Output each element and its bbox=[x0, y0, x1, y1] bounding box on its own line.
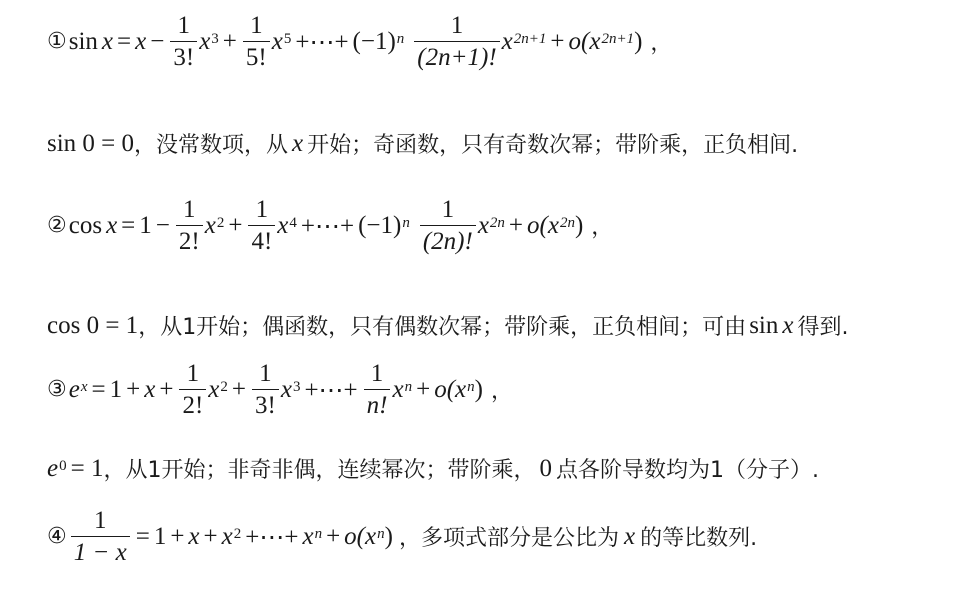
ellipsis: +⋯+ bbox=[295, 27, 348, 57]
note-cos: cos 0 = 1 ，从1开始；偶函数，只有偶数次幂；带阶乘，正负相间；可由 s… bbox=[47, 310, 848, 341]
fraction-general-term: 1 (2n+1)! bbox=[414, 12, 499, 71]
little-o: o( bbox=[434, 376, 455, 404]
item-marker-3: ③ bbox=[47, 377, 67, 402]
note-lead-expression: = 1 bbox=[71, 455, 104, 483]
term-1: 1 bbox=[110, 376, 123, 404]
equals: = bbox=[92, 376, 106, 404]
sign-factor: (−1) bbox=[358, 212, 401, 240]
comma: ， bbox=[650, 26, 672, 57]
var-x: x bbox=[106, 212, 117, 240]
plus: + bbox=[126, 376, 140, 404]
plus: + bbox=[416, 376, 430, 404]
exponent: n bbox=[315, 526, 323, 543]
plus: + bbox=[159, 376, 173, 404]
var-x: x bbox=[589, 28, 600, 56]
note-text: 点各阶导数均为1（分子）. bbox=[556, 453, 819, 484]
var-x: x bbox=[502, 28, 513, 56]
denominator: 1 − x bbox=[71, 536, 130, 567]
fraction-1-over-2fact: 1 2! bbox=[179, 360, 206, 419]
note-lead-expression: cos 0 = 1 bbox=[47, 312, 138, 340]
little-o: o( bbox=[527, 212, 548, 240]
numerator: 1 bbox=[184, 360, 203, 389]
var-x: x bbox=[478, 212, 489, 240]
base-e: e bbox=[47, 455, 58, 483]
var-x: x bbox=[199, 28, 210, 56]
plus: + bbox=[228, 212, 242, 240]
ellipsis: +⋯+ bbox=[304, 375, 357, 405]
note-exp: e0 = 1 ，从1开始；非奇非偶，连续幂次；带阶乘， 0 点各阶导数均为1（分… bbox=[47, 453, 819, 484]
formula-exp-taylor: ③ ex = 1 + x + 1 2! x2 + 1 3! x3 +⋯+ 1 n… bbox=[47, 360, 513, 419]
exponent: n bbox=[405, 379, 413, 396]
numerator: 1 bbox=[247, 12, 266, 41]
plus: + bbox=[326, 523, 340, 551]
formula-geometric-series: ④ 1 1 − x = 1 + x + x2 +⋯+ xn + o(xn) ， … bbox=[47, 507, 757, 566]
numerator: 1 bbox=[448, 12, 467, 41]
fraction-1-over-3fact: 1 3! bbox=[252, 360, 279, 419]
exponent: 2 bbox=[217, 215, 225, 232]
exponent: 2n+1 bbox=[601, 31, 634, 48]
minus: − bbox=[156, 212, 170, 240]
exponent: n bbox=[377, 526, 385, 543]
note-text: 得到. bbox=[797, 310, 848, 341]
fraction-general-term: 1 (2n)! bbox=[420, 196, 476, 255]
var-x: x bbox=[102, 28, 113, 56]
exponent: 2n bbox=[560, 215, 575, 232]
note-text: 多项式部分是公比为 bbox=[421, 521, 619, 552]
fraction-1-over-5fact: 1 5! bbox=[243, 12, 270, 71]
item-marker-2: ② bbox=[47, 213, 67, 238]
exponent: 3 bbox=[211, 31, 219, 48]
ellipsis: +⋯+ bbox=[301, 211, 354, 241]
fraction-1-over-1-minus-x: 1 1 − x bbox=[71, 507, 130, 566]
note-lead-expression: sin 0 = 0 bbox=[47, 130, 134, 158]
exponent: n bbox=[397, 31, 405, 48]
denominator: n! bbox=[364, 389, 391, 420]
var-x: x bbox=[302, 523, 313, 551]
item-marker-4: ④ bbox=[47, 524, 67, 549]
plus: + bbox=[223, 28, 237, 56]
comma: ， bbox=[399, 521, 421, 552]
plus: + bbox=[170, 523, 184, 551]
var-x: x bbox=[548, 212, 559, 240]
fraction-1-over-4fact: 1 4! bbox=[248, 196, 275, 255]
numerator: 1 bbox=[253, 196, 272, 225]
fn-sin: sin bbox=[749, 312, 778, 340]
fn-sin: sin bbox=[69, 28, 98, 56]
var-x: x bbox=[277, 212, 288, 240]
var-x: x bbox=[455, 376, 466, 404]
zero: 0 bbox=[539, 455, 552, 483]
denominator: 2! bbox=[179, 389, 206, 420]
exponent: n bbox=[467, 379, 475, 396]
exponent: 0 bbox=[59, 458, 67, 475]
exponent: 2n+1 bbox=[514, 31, 547, 48]
var-x: x bbox=[624, 523, 635, 551]
var-x: x bbox=[272, 28, 283, 56]
little-o: o( bbox=[569, 28, 590, 56]
plus: + bbox=[509, 212, 523, 240]
note-text: ，没常数项，从 bbox=[134, 128, 288, 159]
fn-cos: cos bbox=[69, 212, 102, 240]
exponent: 2 bbox=[234, 526, 242, 543]
ellipsis: +⋯+ bbox=[245, 522, 298, 552]
little-o: o( bbox=[344, 523, 365, 551]
exponent: 2 bbox=[220, 379, 228, 396]
close-paren: ) bbox=[634, 28, 642, 56]
item-marker-1: ① bbox=[47, 29, 67, 54]
numerator: 1 bbox=[368, 360, 387, 389]
exponent: x bbox=[81, 379, 88, 396]
numerator: 1 bbox=[180, 196, 199, 225]
denominator: 5! bbox=[243, 41, 270, 72]
denominator: 3! bbox=[170, 41, 197, 72]
fraction-1-over-3fact: 1 3! bbox=[170, 12, 197, 71]
exponent: 4 bbox=[289, 215, 297, 232]
var-x: x bbox=[365, 523, 376, 551]
term-1: 1 bbox=[154, 523, 167, 551]
var-x: x bbox=[292, 130, 303, 158]
numerator: 1 bbox=[439, 196, 458, 225]
var-x: x bbox=[782, 312, 793, 340]
denominator: 2! bbox=[176, 225, 203, 256]
var-x: x bbox=[208, 376, 219, 404]
fraction-1-over-nfact: 1 n! bbox=[364, 360, 391, 419]
term-1: 1 bbox=[139, 212, 152, 240]
formula-sin-taylor: ① sin x = x − 1 3! x3 + 1 5! x5 +⋯+ (−1)… bbox=[47, 12, 672, 71]
denominator: (2n+1)! bbox=[414, 41, 499, 72]
note-text: ，从1开始；偶函数，只有偶数次幂；带阶乘，正负相间；可由 bbox=[138, 310, 746, 341]
equals: = bbox=[117, 28, 131, 56]
comma: ， bbox=[591, 210, 613, 241]
close-paren: ) bbox=[385, 523, 393, 551]
denominator: 3! bbox=[252, 389, 279, 420]
numerator: 1 bbox=[256, 360, 275, 389]
close-paren: ) bbox=[575, 212, 583, 240]
plus: + bbox=[550, 28, 564, 56]
denominator: 4! bbox=[248, 225, 275, 256]
equals: = bbox=[136, 523, 150, 551]
plus: + bbox=[232, 376, 246, 404]
note-sin: sin 0 = 0 ，没常数项，从 x 开始；奇函数，只有奇数次幂；带阶乘，正负… bbox=[47, 128, 798, 159]
term-x: x bbox=[144, 376, 155, 404]
plus: + bbox=[204, 523, 218, 551]
comma: ， bbox=[491, 374, 513, 405]
note-text: 的等比数列. bbox=[640, 521, 757, 552]
exponent: 2n bbox=[490, 215, 505, 232]
note-text: ，从1开始；非奇非偶，连续幂次；带阶乘， bbox=[103, 453, 535, 484]
note-text: 开始；奇函数，只有奇数次幂；带阶乘，正负相间. bbox=[307, 128, 798, 159]
term-x: x bbox=[188, 523, 199, 551]
var-x: x bbox=[392, 376, 403, 404]
fraction-1-over-2fact: 1 2! bbox=[176, 196, 203, 255]
var-x: x bbox=[281, 376, 292, 404]
denominator: (2n)! bbox=[420, 225, 476, 256]
var-x: x bbox=[222, 523, 233, 551]
sign-factor: (−1) bbox=[353, 28, 396, 56]
numerator: 1 bbox=[175, 12, 194, 41]
formula-cos-taylor: ② cos x = 1 − 1 2! x2 + 1 4! x4 +⋯+ (−1)… bbox=[47, 196, 613, 255]
var-x: x bbox=[205, 212, 216, 240]
exponent: 3 bbox=[293, 379, 301, 396]
minus: − bbox=[150, 28, 164, 56]
numerator: 1 bbox=[91, 507, 110, 536]
close-paren: ) bbox=[475, 376, 483, 404]
term-x: x bbox=[135, 28, 146, 56]
base-e: e bbox=[69, 376, 80, 404]
equals: = bbox=[121, 212, 135, 240]
exponent: 5 bbox=[284, 31, 292, 48]
exponent: n bbox=[402, 215, 410, 232]
